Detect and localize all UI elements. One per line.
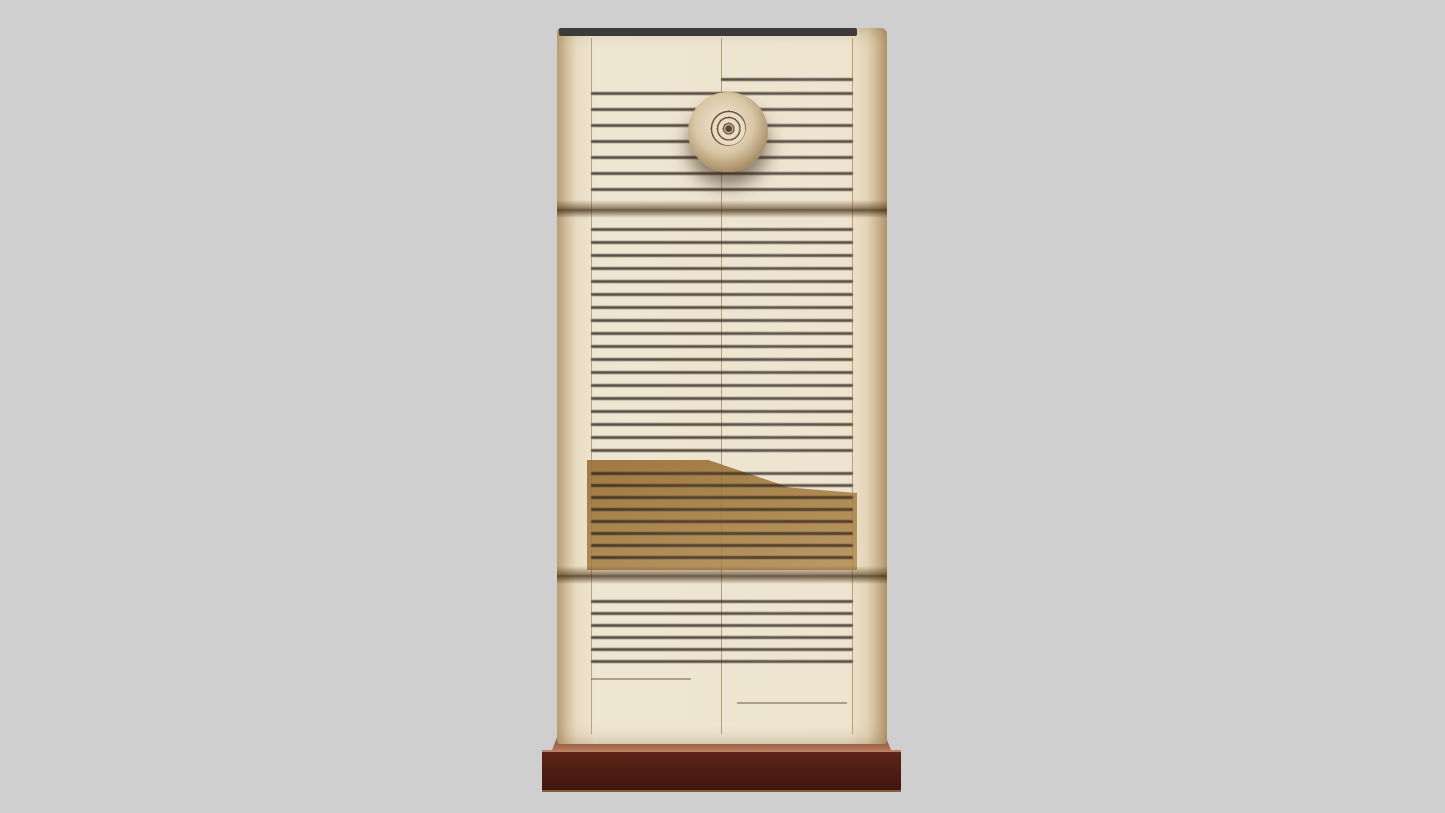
scorched-text-panel (591, 468, 853, 568)
middle-text-panel (591, 224, 853, 464)
fold-crease (557, 566, 887, 584)
manuscript-scroll (557, 28, 887, 744)
plinth-front (542, 750, 901, 792)
scroll-top-edge (559, 28, 857, 36)
marginalia (737, 702, 847, 704)
marginalia (591, 678, 691, 680)
scene-background (0, 0, 1445, 813)
spiral-shell-ornament (688, 92, 768, 172)
bottom-text-panel (591, 596, 853, 726)
fold-crease (557, 200, 887, 218)
shell-spiral-icon (710, 110, 746, 146)
